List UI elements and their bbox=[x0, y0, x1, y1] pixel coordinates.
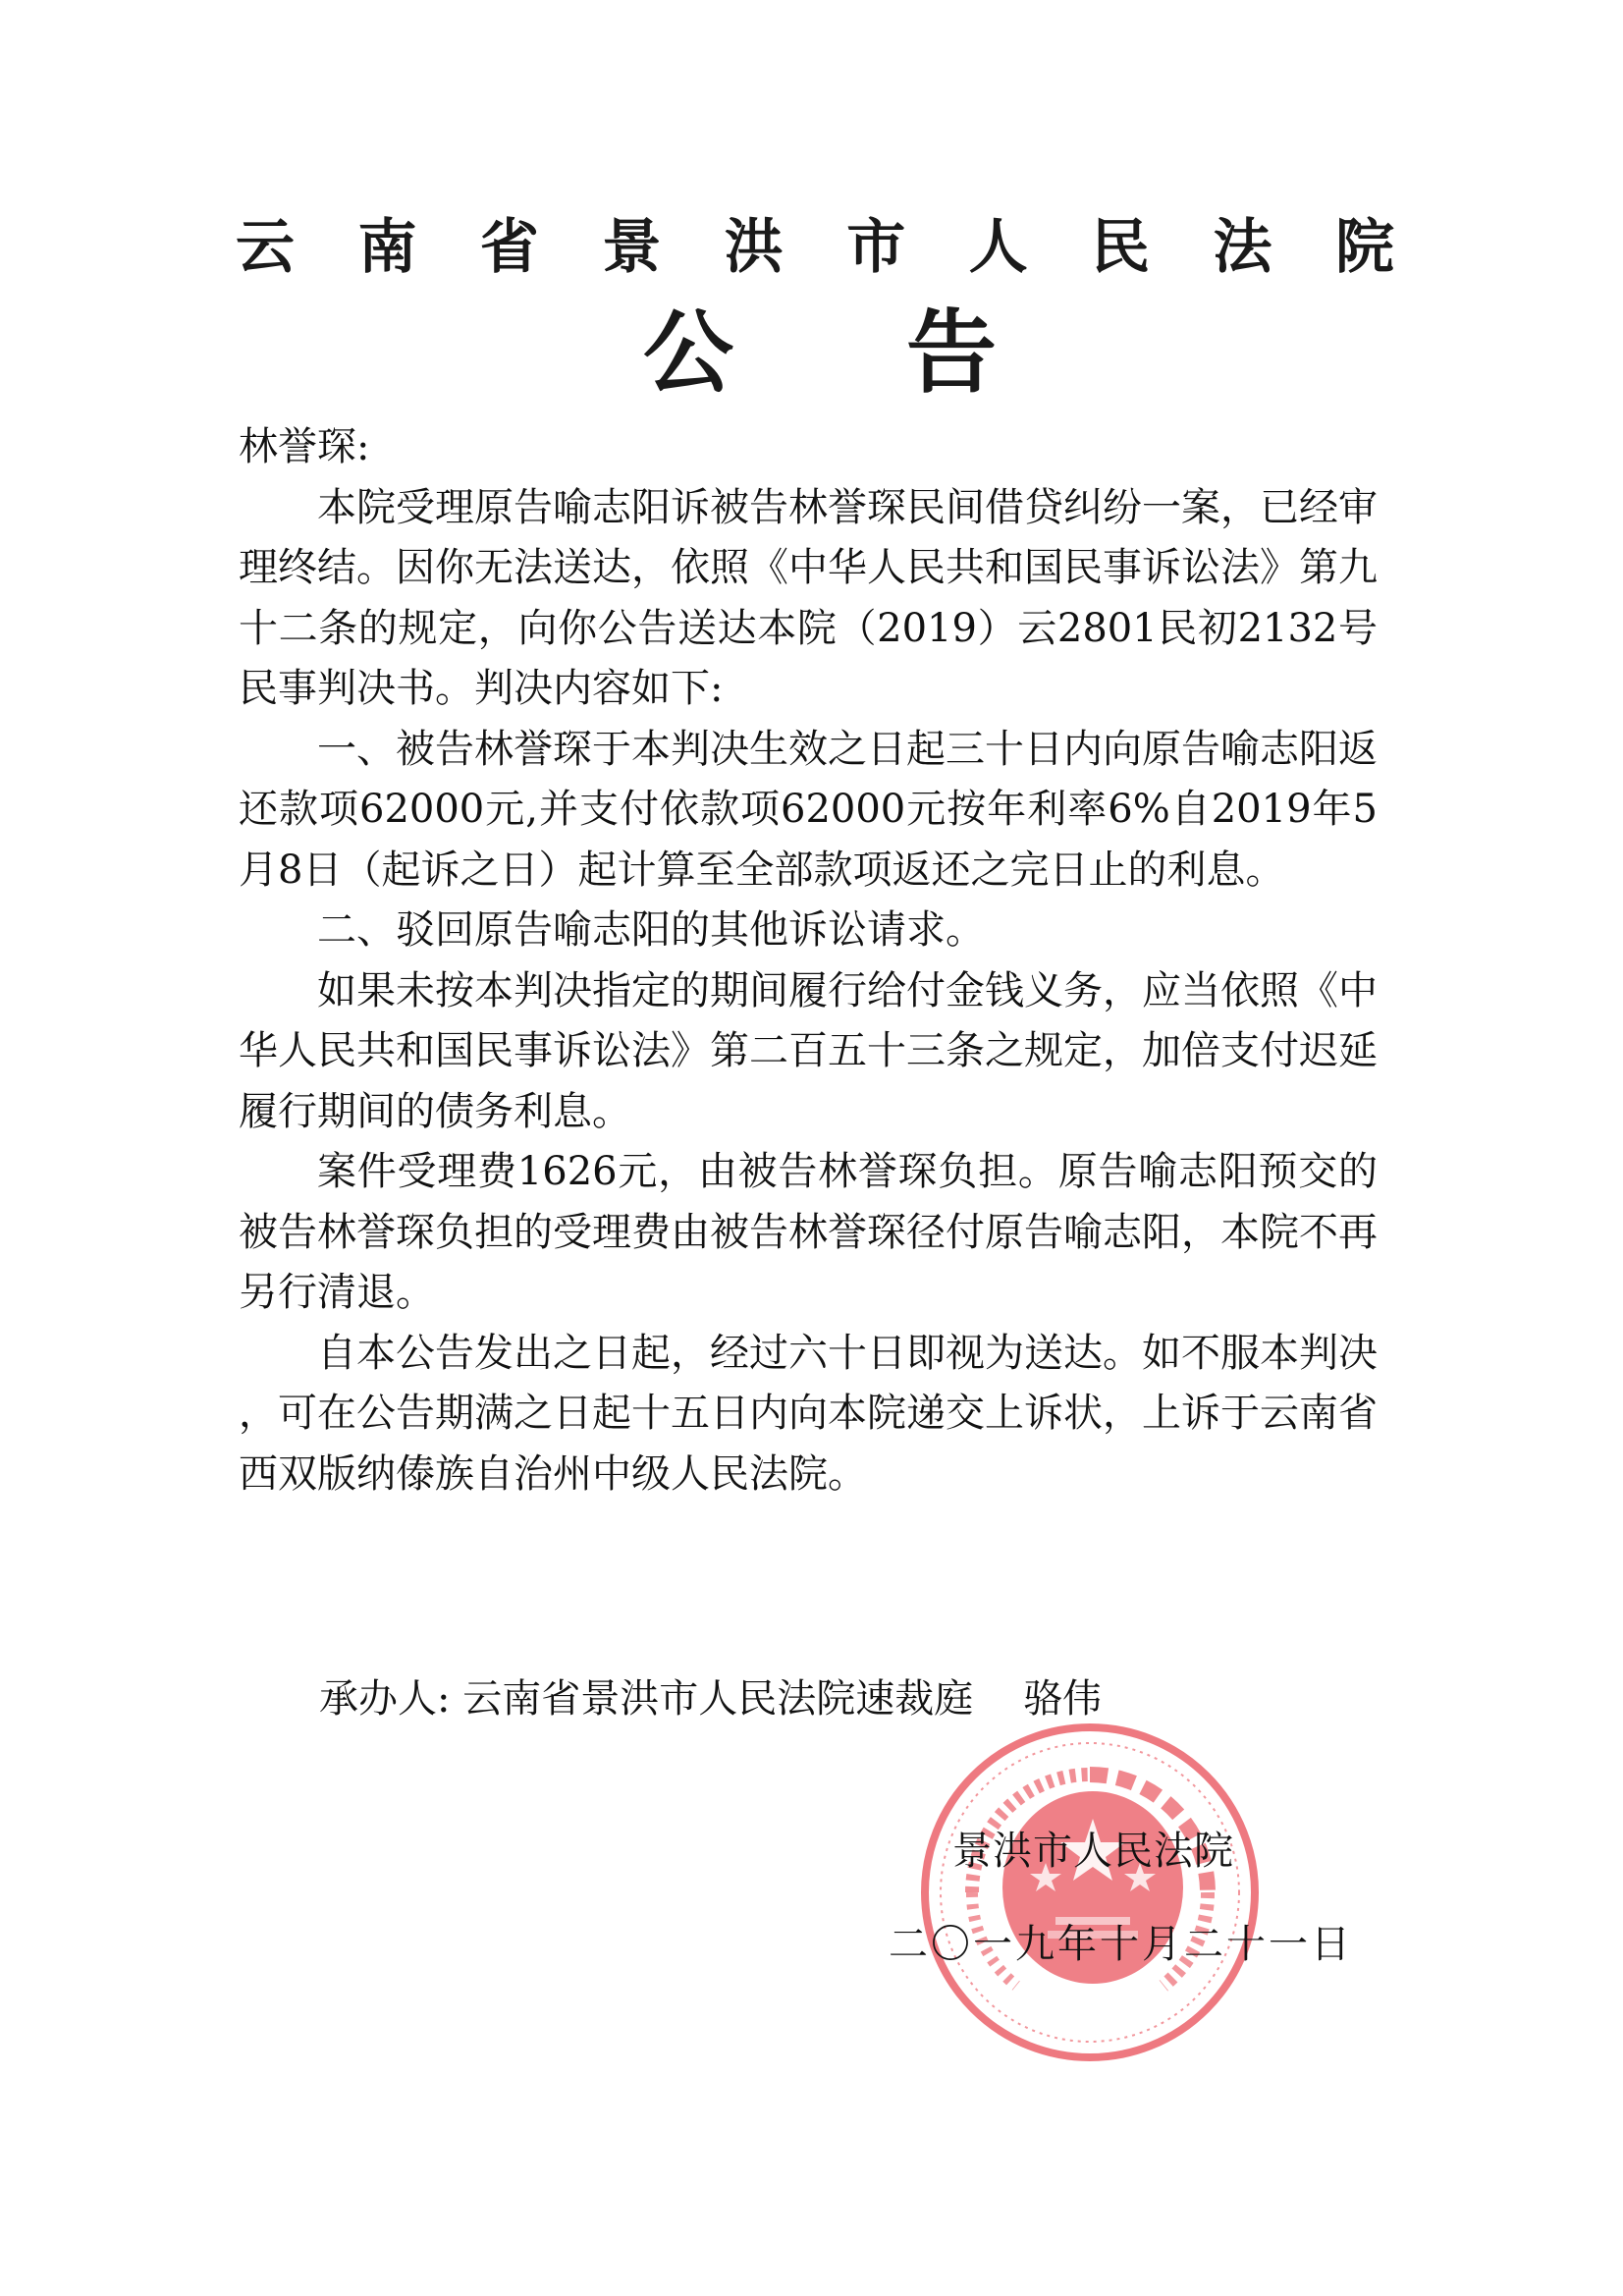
document-title: 公 告 bbox=[643, 300, 997, 408]
heading-char: 法 bbox=[1214, 208, 1272, 287]
heading-char: 院 bbox=[1335, 208, 1394, 287]
signature-date: 二〇一九年十月二十一日 bbox=[889, 1915, 1353, 1974]
paragraph-ruling-2: 二、驳回原告喻志阳的其他诉讼请求。 bbox=[239, 901, 1378, 961]
heading-char: 南 bbox=[357, 208, 416, 287]
handler-name: 骆伟 bbox=[1023, 1676, 1102, 1722]
handler-line: 承办人: 云南省景洪市人民法院速裁庭 骆伟 bbox=[319, 1669, 1399, 1728]
handler-label: 承办人: bbox=[319, 1676, 450, 1722]
court-seal-icon bbox=[918, 1721, 1262, 2064]
heading-char: 市 bbox=[846, 208, 905, 287]
heading-char: 省 bbox=[480, 208, 539, 287]
heading-char: 云 bbox=[236, 208, 295, 287]
heading-char: 洪 bbox=[725, 208, 784, 287]
heading-char: 人 bbox=[969, 208, 1028, 287]
notice-body: 林誉琛: 本院受理原告喻志阳诉被告林誉琛民间借贷纠纷一案，已经审理终结。因你无法… bbox=[239, 417, 1378, 1504]
paragraph-late-payment: 如果未按本判决指定的期间履行给付金钱义务，应当依照《中华人民共和国民事诉讼法》第… bbox=[239, 961, 1378, 1143]
signature-court: 景洪市人民法院 bbox=[952, 1822, 1234, 1881]
title-char: 公 bbox=[643, 300, 733, 408]
paragraph-fees: 案件受理费1626元，由被告林誉琛负担。原告喻志阳预交的被告林誉琛负担的受理费由… bbox=[239, 1142, 1378, 1324]
heading-char: 民 bbox=[1091, 208, 1150, 287]
handler-dept: 云南省景洪市人民法院速裁庭 bbox=[462, 1676, 973, 1722]
title-char: 告 bbox=[906, 300, 997, 408]
addressee: 林誉琛: bbox=[239, 417, 1378, 478]
heading-char: 景 bbox=[602, 208, 661, 287]
court-name-heading: 云 南 省 景 洪 市 人 民 法 院 bbox=[236, 208, 1394, 287]
paragraph-case-intro: 本院受理原告喻志阳诉被告林誉琛民间借贷纠纷一案，已经审理终结。因你无法送达，依照… bbox=[239, 478, 1378, 720]
paragraph-appeal: 自本公告发出之日起，经过六十日即视为送达。如不服本判决 ，可在公告期满之日起十五… bbox=[239, 1324, 1378, 1505]
notice-page: 云 南 省 景 洪 市 人 民 法 院 公 告 林誉琛: 本院受理原告喻志阳诉被… bbox=[0, 0, 1623, 2296]
paragraph-ruling-1: 一、被告林誉琛于本判决生效之日起三十日内向原告喻志阳返还款项62000元,并支付… bbox=[239, 720, 1378, 902]
